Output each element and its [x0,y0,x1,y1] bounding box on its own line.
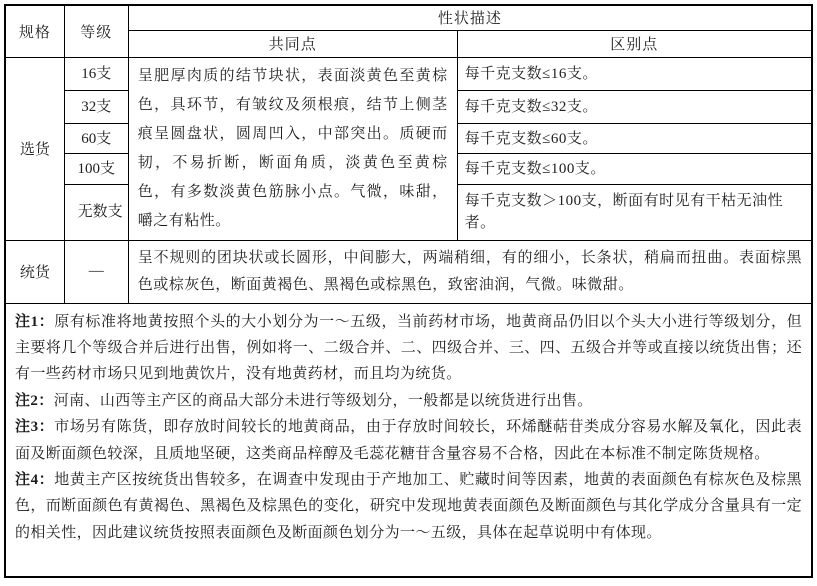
grade-100: 100支 [64,154,128,185]
header-spec: 规格 [5,5,64,57]
note-1-label: 注1： [15,314,54,330]
common-description: 呈肥厚肉质的结节块状，表面淡黄色至黄棕色，具环节，有皱纹及须根痕，结节上侧茎痕呈… [128,57,457,240]
note-1-text: 原有标准将地黄按照个头的大小划分为一～五级，当前药材市场，地黄商品仍旧以个头大小… [15,314,802,383]
note-2-text: 河南、山西等主产区的商品大部分未进行等级划分，一般都是以统货进行出售。 [54,393,593,409]
note-4-label: 注4： [15,472,54,488]
distinct-100: 每千克支数≤100支。 [457,154,812,185]
table-row-grade-16: 选货 16支 呈肥厚肉质的结节块状，表面淡黄色至黄棕色，具环节，有皱纹及须根痕，… [5,57,812,90]
header-distinct: 区别点 [457,30,812,57]
header-common: 共同点 [128,30,457,57]
spec-selected: 选货 [5,57,64,240]
grade-spec-table: 规格 等级 性状描述 共同点 区别点 选货 16支 呈肥厚肉质的结节块状，表面淡… [4,4,813,578]
grade-16: 16支 [64,57,128,90]
note-3: 注3：市场另有陈货，即存放时间较长的地黄商品，由于存放时间较长，环烯醚萜苷类成分… [15,414,802,467]
note-3-label: 注3： [15,419,54,435]
distinct-32: 每千克支数≤32支。 [457,90,812,123]
unsorted-description: 呈不规则的团块状或长圆形，中间膨大，两端稍细，有的细小，长条状，稍扁而扭曲。表面… [128,240,812,303]
table-row-unsorted: 统货 — 呈不规则的团块状或长圆形，中间膨大，两端稍细，有的细小，长条状，稍扁而… [5,240,812,303]
note-2-label: 注2： [15,393,54,409]
grade-countless: 无数支 [64,185,128,240]
grade-60: 60支 [64,123,128,154]
notes-cell: 注1：原有标准将地黄按照个头的大小划分为一～五级，当前药材市场，地黄商品仍旧以个… [5,303,812,577]
note-3-text: 市场另有陈货，即存放时间较长的地黄商品，由于存放时间较长，环烯醚萜苷类成分容易水… [15,419,802,461]
note-2: 注2：河南、山西等主产区的商品大部分未进行等级划分，一般都是以统货进行出售。 [15,388,802,414]
grade-32: 32支 [64,90,128,123]
header-row-1: 规格 等级 性状描述 [5,5,812,30]
distinct-16: 每千克支数≤16支。 [457,57,812,90]
header-grade: 等级 [64,5,128,57]
note-1: 注1：原有标准将地黄按照个头的大小划分为一～五级，当前药材市场，地黄商品仍旧以个… [15,309,802,388]
note-4: 注4：地黄主产区按统货出售较多，在调查中发现由于产地加工、贮藏时间等因素，地黄的… [15,467,802,546]
spec-unsorted: 统货 [5,240,64,303]
table-row-notes: 注1：原有标准将地黄按照个头的大小划分为一～五级，当前药材市场，地黄商品仍旧以个… [5,303,812,577]
distinct-60: 每千克支数≤60支。 [457,123,812,154]
document-page: { "table": { "headers": { "spec": "规格", … [0,0,817,586]
grade-unsorted-dash: — [64,240,128,303]
header-description: 性状描述 [128,5,812,30]
distinct-countless: 每千克支数＞100支，断面有时见有干枯无油性者。 [457,185,812,240]
note-4-text: 地黄主产区按统货出售较多，在调查中发现由于产地加工、贮藏时间等因素，地黄的表面颜… [15,472,802,541]
